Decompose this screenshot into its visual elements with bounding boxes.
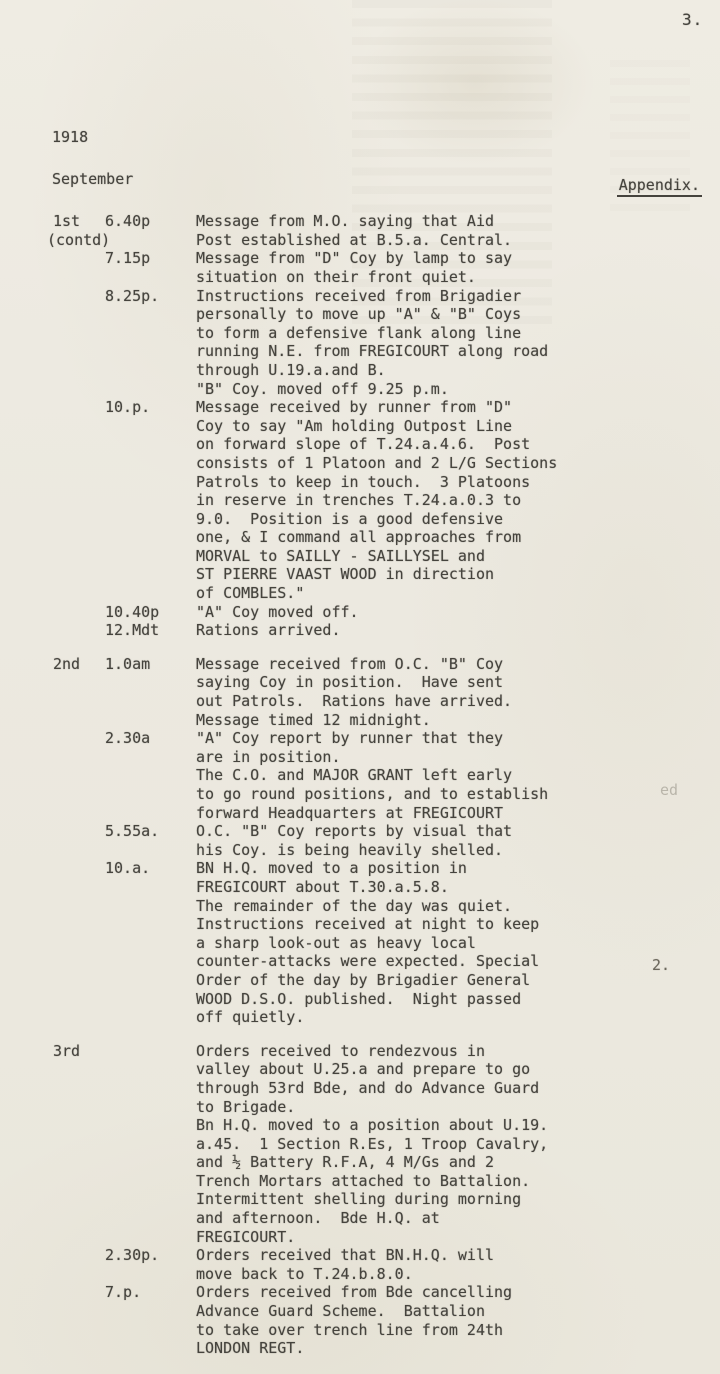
event-time: 1.0am — [105, 655, 196, 674]
appendix-label: Appendix. — [617, 176, 702, 198]
event-time: 5.55a. — [105, 822, 196, 841]
diary-line: Instructions received from Brigadier — [196, 287, 548, 306]
diary-event: 10.40p"A" Coy moved off. — [105, 603, 702, 622]
diary-event: 12.MdtRations arrived. — [105, 621, 702, 640]
diary-line: Trench Mortars attached to Battalion. — [196, 1172, 548, 1191]
event-list: Orders received to rendezvous invalley a… — [105, 1042, 702, 1358]
diary-line: saying Coy in position. Have sent — [196, 673, 512, 692]
diary-line: forward Headquarters at FREGICOURT — [196, 804, 548, 823]
event-text: "A" Coy report by runner that theyare in… — [196, 729, 548, 822]
diary-line: through 53rd Bde, and do Advance Guard — [196, 1079, 548, 1098]
diary-line: Order of the day by Brigadier General — [196, 971, 539, 990]
diary-line: Orders received that BN.H.Q. will — [196, 1246, 494, 1265]
day-text: 1st — [53, 212, 110, 231]
diary-event: 10.a.BN H.Q. moved to a position inFREGI… — [105, 859, 702, 1026]
diary-line: Intermittent shelling during morning — [196, 1190, 548, 1209]
diary-line: FREGICOURT about T.30.a.5.8. — [196, 878, 539, 897]
diary-line: one, & I command all approaches from — [196, 528, 557, 547]
diary-line: to take over trench line from 24th — [196, 1321, 512, 1340]
diary-line: his Coy. is being heavily shelled. — [196, 841, 512, 860]
diary-event: 8.25p.Instructions received from Brigadi… — [105, 287, 702, 399]
day-label: 2nd — [53, 655, 80, 674]
diary-event: 10.p.Message received by runner from "D"… — [105, 398, 702, 603]
diary-entry: 2nd1.0amMessage received from O.C. "B" C… — [52, 655, 702, 1027]
diary-page: 3. 1918 September Appendix. 1st(contd)6.… — [0, 0, 720, 1374]
month-row: September Appendix. — [52, 170, 702, 192]
month-heading: September — [52, 170, 133, 189]
diary-line: Message from "D" Coy by lamp to say — [196, 249, 512, 268]
day-text: 3rd — [53, 1042, 80, 1061]
diary-line: ST PIERRE VAAST WOOD in direction — [196, 565, 557, 584]
diary-line: The remainder of the day was quiet. — [196, 897, 539, 916]
event-text: Orders received from Bde cancellingAdvan… — [196, 1283, 512, 1357]
diary-line: Advance Guard Scheme. Battalion — [196, 1302, 512, 1321]
diary-event: Orders received to rendezvous invalley a… — [105, 1042, 702, 1247]
diary-line: Orders received from Bde cancelling — [196, 1283, 512, 1302]
margin-page-number: 2. — [652, 956, 670, 975]
event-time: 10.p. — [105, 398, 196, 417]
event-text: BN H.Q. moved to a position inFREGICOURT… — [196, 859, 539, 1026]
diary-line: to form a defensive flank along line — [196, 324, 548, 343]
diary-line: Message timed 12 midnight. — [196, 711, 512, 730]
diary-line: Message from M.O. saying that Aid — [196, 212, 512, 231]
diary-event: 7.15pMessage from "D" Coy by lamp to say… — [105, 249, 702, 286]
diary-line: LONDON REGT. — [196, 1339, 512, 1358]
diary-line: personally to move up "A" & "B" Coys — [196, 305, 548, 324]
diary-entry: 3rdOrders received to rendezvous invalle… — [52, 1042, 702, 1358]
diary-line: counter-attacks were expected. Special — [196, 952, 539, 971]
event-text: Message from "D" Coy by lamp to saysitua… — [196, 249, 512, 286]
event-text: Orders received to rendezvous invalley a… — [196, 1042, 548, 1247]
event-time: 8.25p. — [105, 287, 196, 306]
diary-line: to Brigade. — [196, 1098, 548, 1117]
diary-line: are in position. — [196, 748, 548, 767]
diary-line: Message received from O.C. "B" Coy — [196, 655, 512, 674]
event-list: 1.0amMessage received from O.C. "B" Coys… — [105, 655, 702, 1027]
diary-line: and afternoon. Bde H.Q. at — [196, 1209, 548, 1228]
event-text: Instructions received from Brigadierpers… — [196, 287, 548, 399]
day-label: 1st(contd) — [53, 212, 110, 249]
diary-line: The C.O. and MAJOR GRANT left early — [196, 766, 548, 785]
event-time: 7.15p — [105, 249, 196, 268]
diary-line: move back to T.24.b.8.0. — [196, 1265, 494, 1284]
diary-event: 2.30a"A" Coy report by runner that theya… — [105, 729, 702, 822]
day-text: 2nd — [53, 655, 80, 674]
diary-line: Rations arrived. — [196, 621, 341, 640]
event-text: Message from M.O. saying that AidPost es… — [196, 212, 512, 249]
event-text: O.C. "B" Coy reports by visual thathis C… — [196, 822, 512, 859]
event-time: 2.30a — [105, 729, 196, 748]
event-time: 12.Mdt — [105, 621, 196, 640]
diary-line: out Patrols. Rations have arrived. — [196, 692, 512, 711]
event-text: Orders received that BN.H.Q. willmove ba… — [196, 1246, 494, 1283]
diary-line: "B" Coy. moved off 9.25 p.m. — [196, 380, 548, 399]
ghost-text: ed — [660, 781, 678, 800]
day-label: 3rd — [53, 1042, 80, 1061]
page-content: 1918 September Appendix. 1st(contd)6.40p… — [52, 128, 702, 1358]
diary-line: "A" Coy report by runner that they — [196, 729, 548, 748]
diary-line: BN H.Q. moved to a position in — [196, 859, 539, 878]
year-heading: 1918 — [52, 128, 702, 147]
diary-line: through U.19.a.and B. — [196, 361, 548, 380]
diary-line: in reserve in trenches T.24.a.0.3 to — [196, 491, 557, 510]
event-text: Message received from O.C. "B" Coysaying… — [196, 655, 512, 729]
event-text: Rations arrived. — [196, 621, 341, 640]
diary-entry: 1st(contd)6.40pMessage from M.O. saying … — [52, 212, 702, 640]
diary-line: Orders received to rendezvous in — [196, 1042, 548, 1061]
diary-line: Bn H.Q. moved to a position about U.19. — [196, 1116, 548, 1135]
diary-line: Message received by runner from "D" — [196, 398, 557, 417]
diary-line: running N.E. from FREGICOURT along road — [196, 342, 548, 361]
diary-line: "A" Coy moved off. — [196, 603, 359, 622]
diary-line: MORVAL to SAILLY - SAILLYSEL and — [196, 547, 557, 566]
diary-entries: 1st(contd)6.40pMessage from M.O. saying … — [52, 212, 702, 1358]
diary-event: 2.30p.Orders received that BN.H.Q. willm… — [105, 1246, 702, 1283]
page-number: 3. — [682, 11, 703, 30]
event-list: 6.40pMessage from M.O. saying that AidPo… — [105, 212, 702, 640]
event-text: "A" Coy moved off. — [196, 603, 359, 622]
diary-line: off quietly. — [196, 1008, 539, 1027]
diary-line: O.C. "B" Coy reports by visual that — [196, 822, 512, 841]
event-time: 10.40p — [105, 603, 196, 622]
diary-event: 6.40pMessage from M.O. saying that AidPo… — [105, 212, 702, 249]
diary-line: WOOD D.S.O. published. Night passed — [196, 990, 539, 1009]
diary-line: FREGICOURT. — [196, 1228, 548, 1247]
diary-line: a.45. 1 Section R.Es, 1 Troop Cavalry, — [196, 1135, 548, 1154]
diary-line: a sharp look-out as heavy local — [196, 934, 539, 953]
diary-line: situation on their front quiet. — [196, 268, 512, 287]
diary-event: 7.p.Orders received from Bde cancellingA… — [105, 1283, 702, 1357]
diary-event: 1.0amMessage received from O.C. "B" Coys… — [105, 655, 702, 729]
diary-event: 5.55a.O.C. "B" Coy reports by visual tha… — [105, 822, 702, 859]
diary-line: Post established at B.5.a. Central. — [196, 231, 512, 250]
diary-line: and ½ Battery R.F.A, 4 M/Gs and 2 — [196, 1153, 548, 1172]
diary-line: to go round positions, and to establish — [196, 785, 548, 804]
diary-line: Coy to say "Am holding Outpost Line — [196, 417, 557, 436]
diary-line: Patrols to keep in touch. 3 Platoons — [196, 473, 557, 492]
event-time: 7.p. — [105, 1283, 196, 1302]
event-time: 6.40p — [105, 212, 196, 231]
diary-line: consists of 1 Platoon and 2 L/G Sections — [196, 454, 557, 473]
event-text: Message received by runner from "D"Coy t… — [196, 398, 557, 603]
diary-line: on forward slope of T.24.a.4.6. Post — [196, 435, 557, 454]
diary-line: valley about U.25.a and prepare to go — [196, 1060, 548, 1079]
day-continued-note: (contd) — [47, 231, 110, 250]
diary-line: of COMBLES." — [196, 584, 557, 603]
event-time: 2.30p. — [105, 1246, 196, 1265]
diary-line: 9.0. Position is a good defensive — [196, 510, 557, 529]
diary-line: Instructions received at night to keep — [196, 915, 539, 934]
event-time: 10.a. — [105, 859, 196, 878]
